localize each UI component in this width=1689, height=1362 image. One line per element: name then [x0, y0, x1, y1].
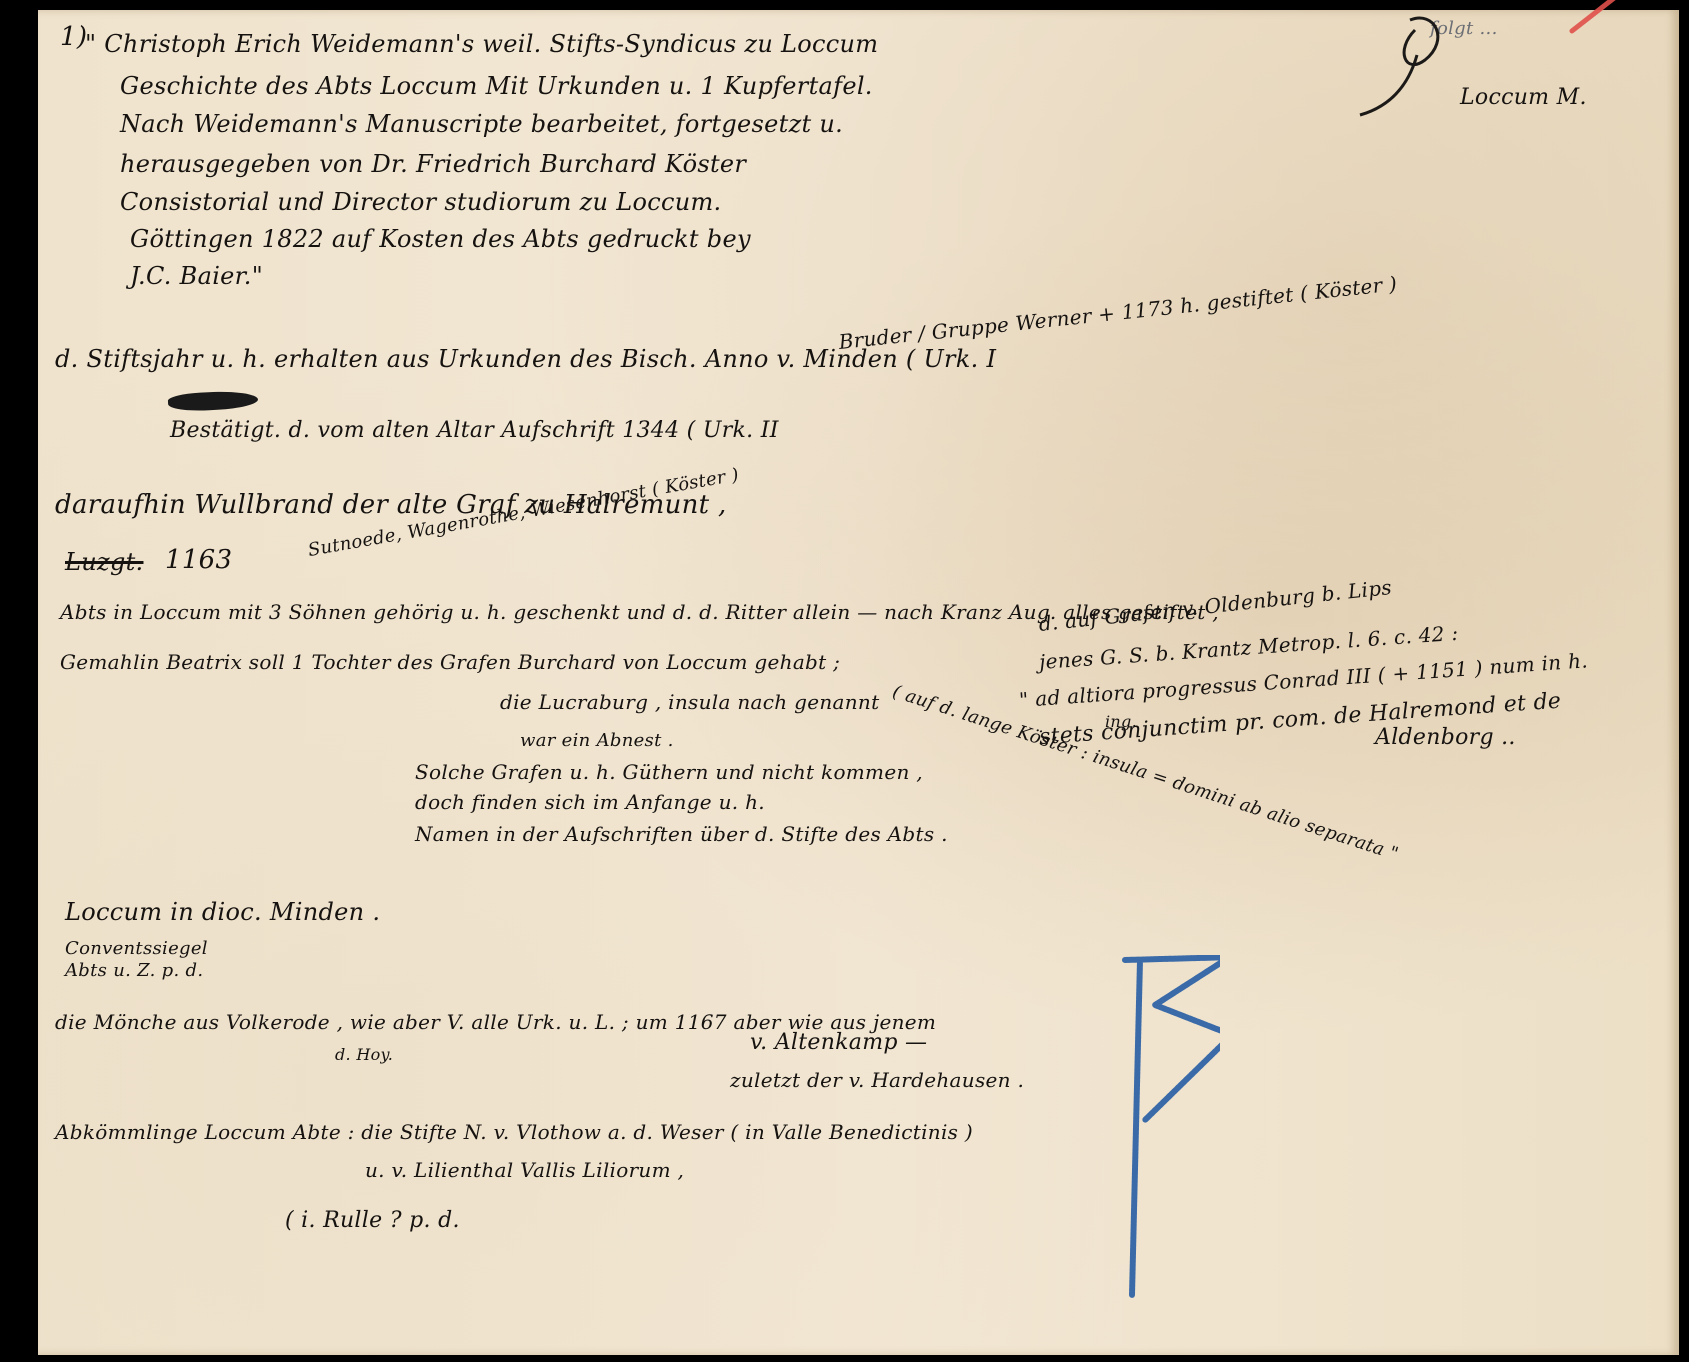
grafen-line: Solche Grafen u. h. Güthern und nicht ko…	[415, 760, 923, 784]
loccum-minden-line: Loccum in dioc. Minden .	[65, 898, 380, 926]
abts-note: Abts u. Z. p. d.	[65, 960, 203, 981]
vlothow-line: Abkömmlinge Loccum Abte : die Stifte N. …	[55, 1120, 973, 1144]
citation-line: Nach Weidemann's Manuscripte bearbeitet,…	[120, 110, 843, 138]
volkerode-sub-note: d. Hoy.	[335, 1045, 393, 1064]
archive-note: Loccum M.	[1460, 85, 1587, 110]
hardehausen-line: zuletzt der v. Hardehausen .	[730, 1068, 1024, 1092]
aldenborg-line: Aldenborg ..	[1375, 725, 1516, 750]
year-1163: 1163	[165, 545, 232, 575]
citation-line: herausgegeben von Dr. Friedrich Burchard…	[120, 150, 746, 178]
anfange-line: doch finden sich im Anfange u. h.	[415, 790, 765, 814]
citation-line: Göttingen 1822 auf Kosten des Abts gedru…	[130, 225, 751, 253]
aufschriften-line: Namen in der Aufschriften über d. Stifte…	[415, 822, 948, 846]
citation-line: Geschichte des Abts Loccum Mit Urkunden …	[120, 72, 873, 100]
anno-minden-line: d. Stiftsjahr u. h. erhalten aus Urkunde…	[55, 345, 996, 373]
struck-word: Luzgt.	[65, 548, 143, 576]
conventssiegel-note: Conventssiegel	[65, 938, 208, 959]
citation-line: " Christoph Erich Weidemann's weil. Stif…	[85, 30, 878, 58]
signature-stroke-icon	[1355, 10, 1445, 120]
altenkamp-line: v. Altenkamp —	[750, 1030, 927, 1055]
page-marker: 1)	[60, 22, 87, 52]
lilienthal-line: u. v. Lilienthal Vallis Liliorum ,	[365, 1158, 684, 1182]
lucraburg-line: die Lucraburg , insula nach genannt	[500, 690, 879, 714]
beatrix-line: Gemahlin Beatrix soll 1 Tochter des Graf…	[60, 650, 840, 674]
abnest-line: war ein Abnest .	[520, 730, 674, 751]
rulle-line: ( i. Rulle ? p. d.	[285, 1208, 460, 1233]
altar-inscription-line: Bestätigt. d. vom alten Altar Aufschrift…	[170, 418, 779, 443]
citation-line: J.C. Baier."	[130, 262, 263, 290]
citation-line: Consistorial und Director studiorum zu L…	[120, 188, 721, 216]
blue-crayon-b-mark-icon	[1110, 955, 1220, 1300]
